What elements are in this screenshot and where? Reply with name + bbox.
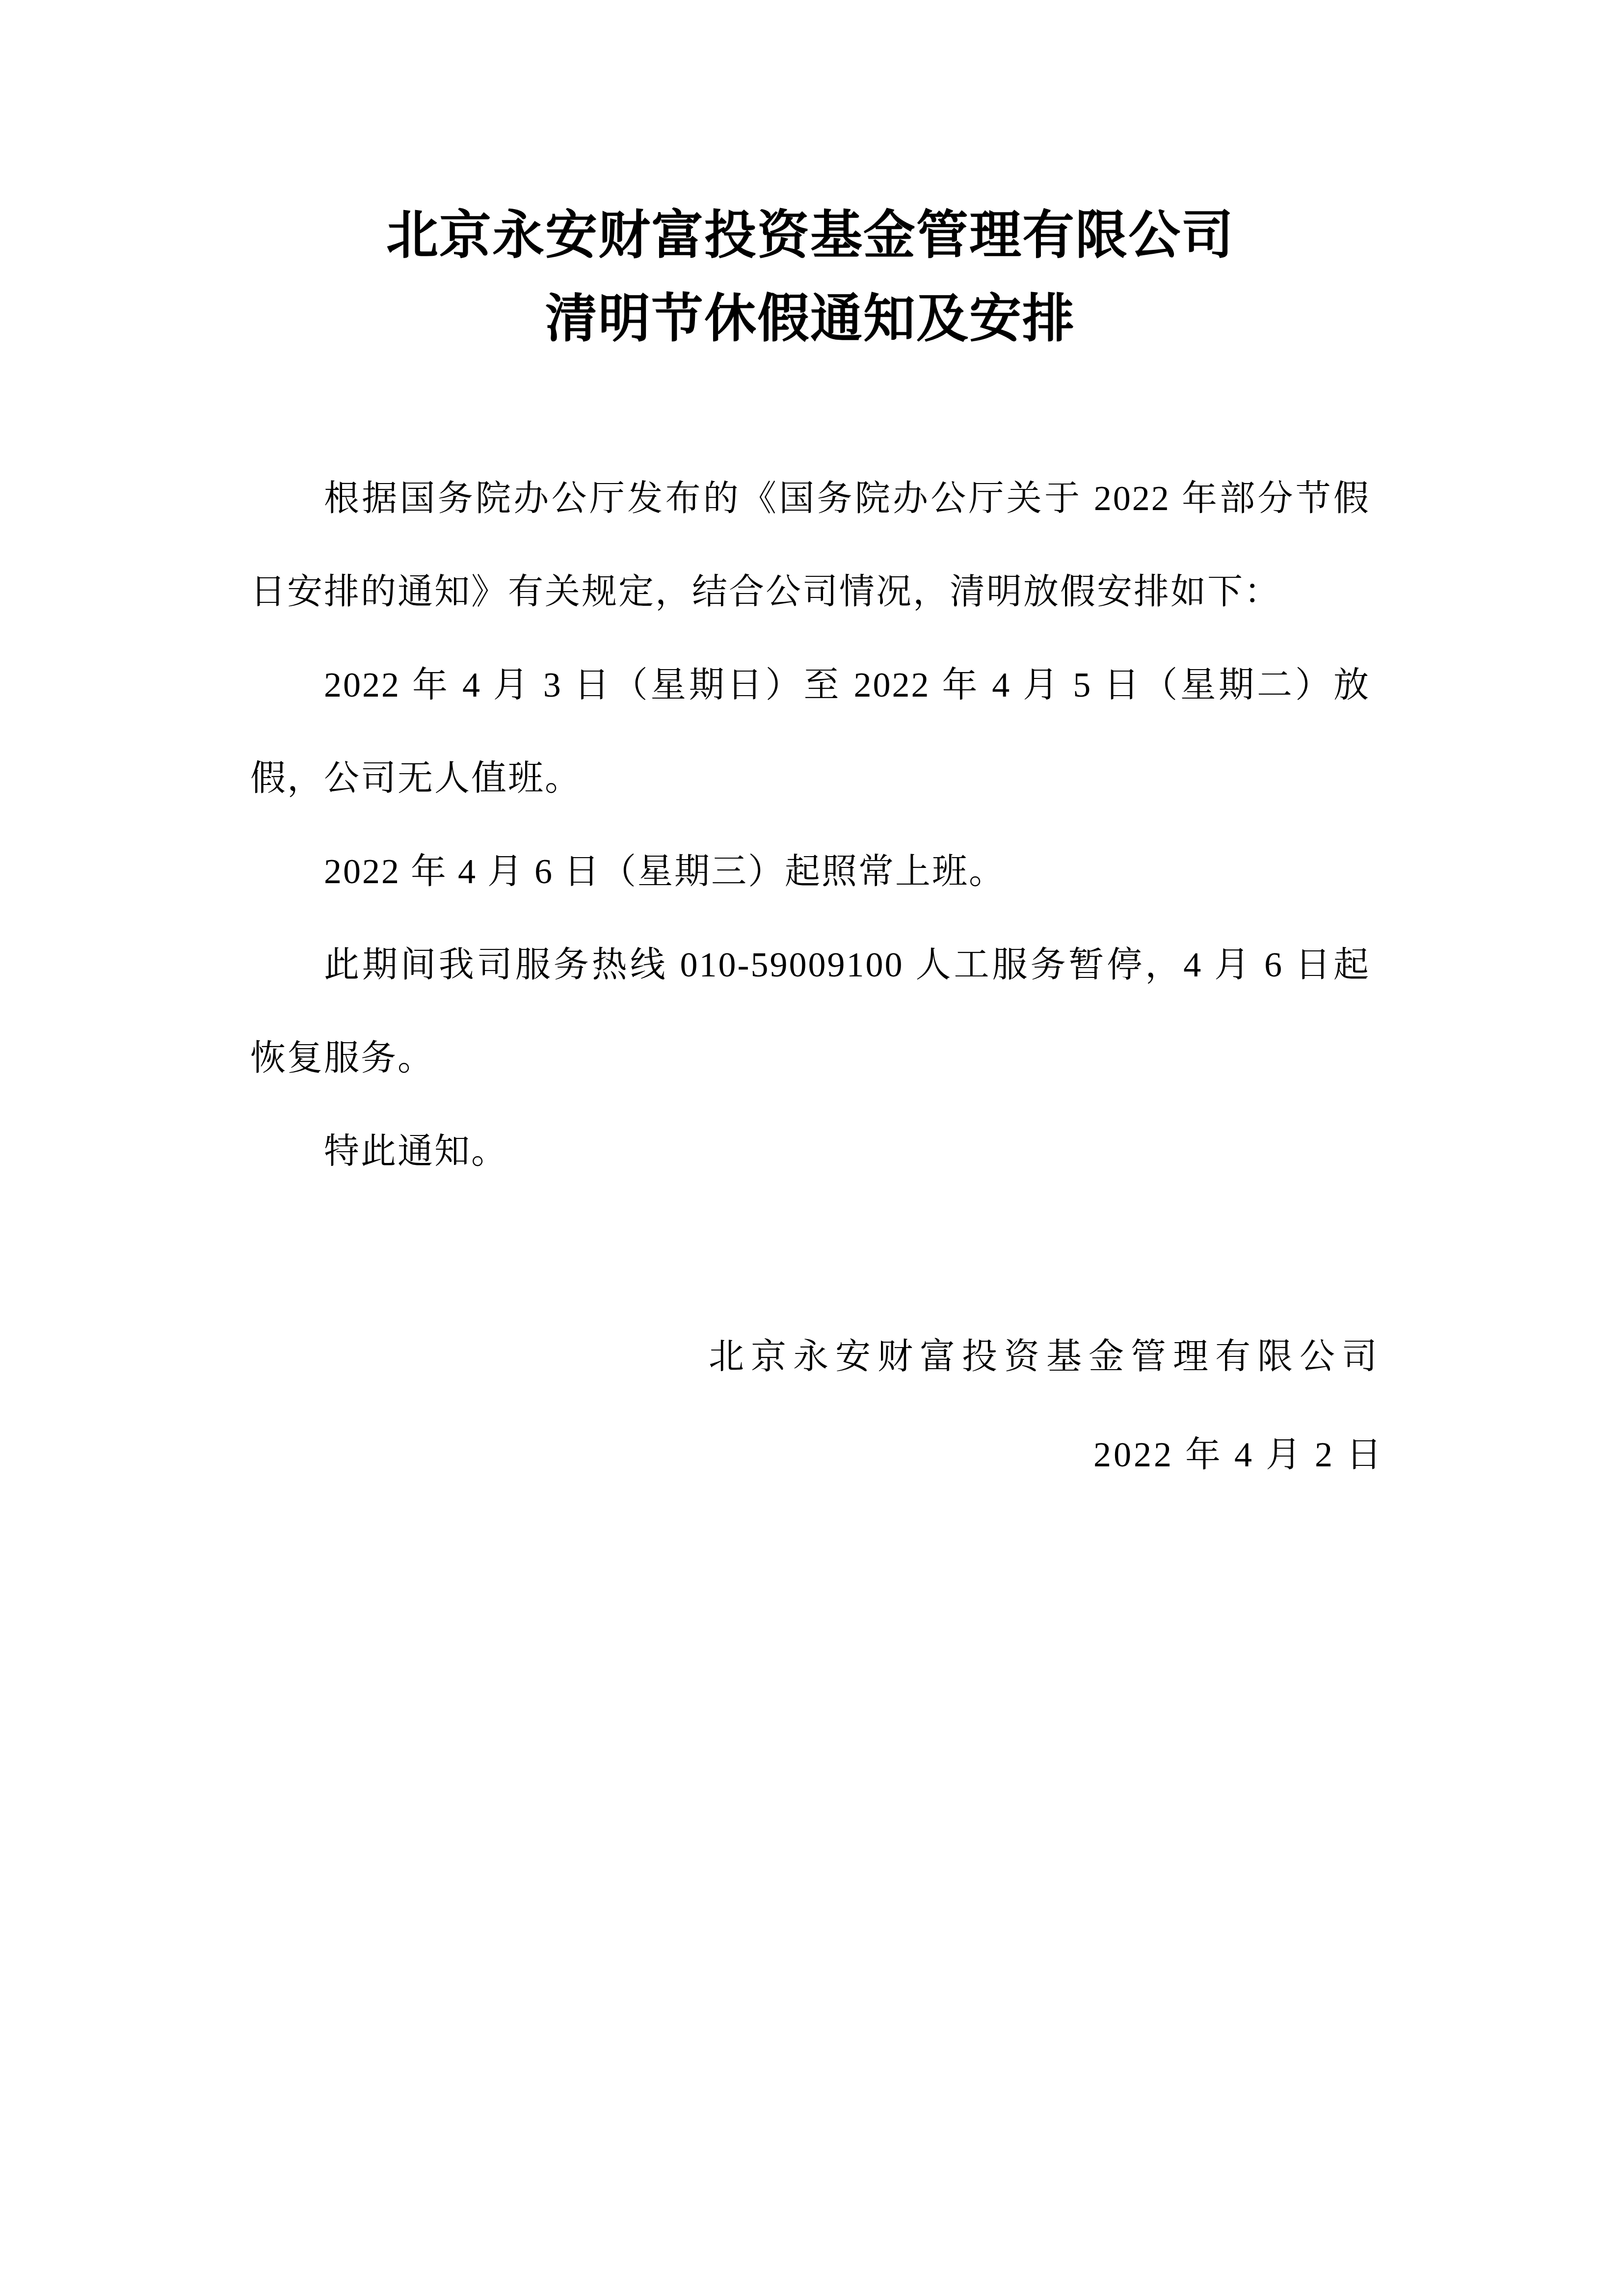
- page-title-line-1: 北京永安财富投资基金管理有限公司: [250, 194, 1370, 277]
- paragraph-1-line-1: 根据国务院办公厅发布的《国务院办公厅关于 2022 年部分节假: [250, 452, 1370, 545]
- notice-document-page: 北京永安财富投资基金管理有限公司 清明节休假通知及安排 根据国务院办公厅发布的《…: [0, 0, 1623, 2296]
- signature-date: 2022 年 4 月 2 日: [250, 1405, 1384, 1504]
- paragraph-4-line-1: 此期间我司服务热线 010-59009100 人工服务暂停，4 月 6 日起: [250, 918, 1370, 1011]
- signature-company-name: 北京永安财富投资基金管理有限公司: [250, 1307, 1384, 1405]
- paragraph-3-line-1: 2022 年 4 月 6 日（星期三）起照常上班。: [250, 825, 1370, 918]
- paragraph-2-line-2: 假，公司无人值班。: [250, 731, 1370, 825]
- document-body: 根据国务院办公厅发布的《国务院办公厅关于 2022 年部分节假 日安排的通知》有…: [250, 452, 1370, 1198]
- signature-block: 北京永安财富投资基金管理有限公司 2022 年 4 月 2 日: [250, 1307, 1384, 1504]
- paragraph-1-line-2: 日安排的通知》有关规定，结合公司情况，清明放假安排如下：: [250, 545, 1370, 638]
- document-title-block: 北京永安财富投资基金管理有限公司 清明节休假通知及安排: [250, 194, 1370, 361]
- page-title-line-2: 清明节休假通知及安排: [250, 277, 1370, 361]
- paragraph-5-line-1: 特此通知。: [250, 1105, 1370, 1198]
- title-body-gap: [250, 361, 1370, 452]
- body-signature-gap: [250, 1198, 1370, 1307]
- document-content: 北京永安财富投资基金管理有限公司 清明节休假通知及安排 根据国务院办公厅发布的《…: [0, 0, 1623, 1504]
- paragraph-2-line-1: 2022 年 4 月 3 日（星期日）至 2022 年 4 月 5 日（星期二）…: [250, 638, 1370, 731]
- paragraph-4-line-2: 恢复服务。: [250, 1011, 1370, 1105]
